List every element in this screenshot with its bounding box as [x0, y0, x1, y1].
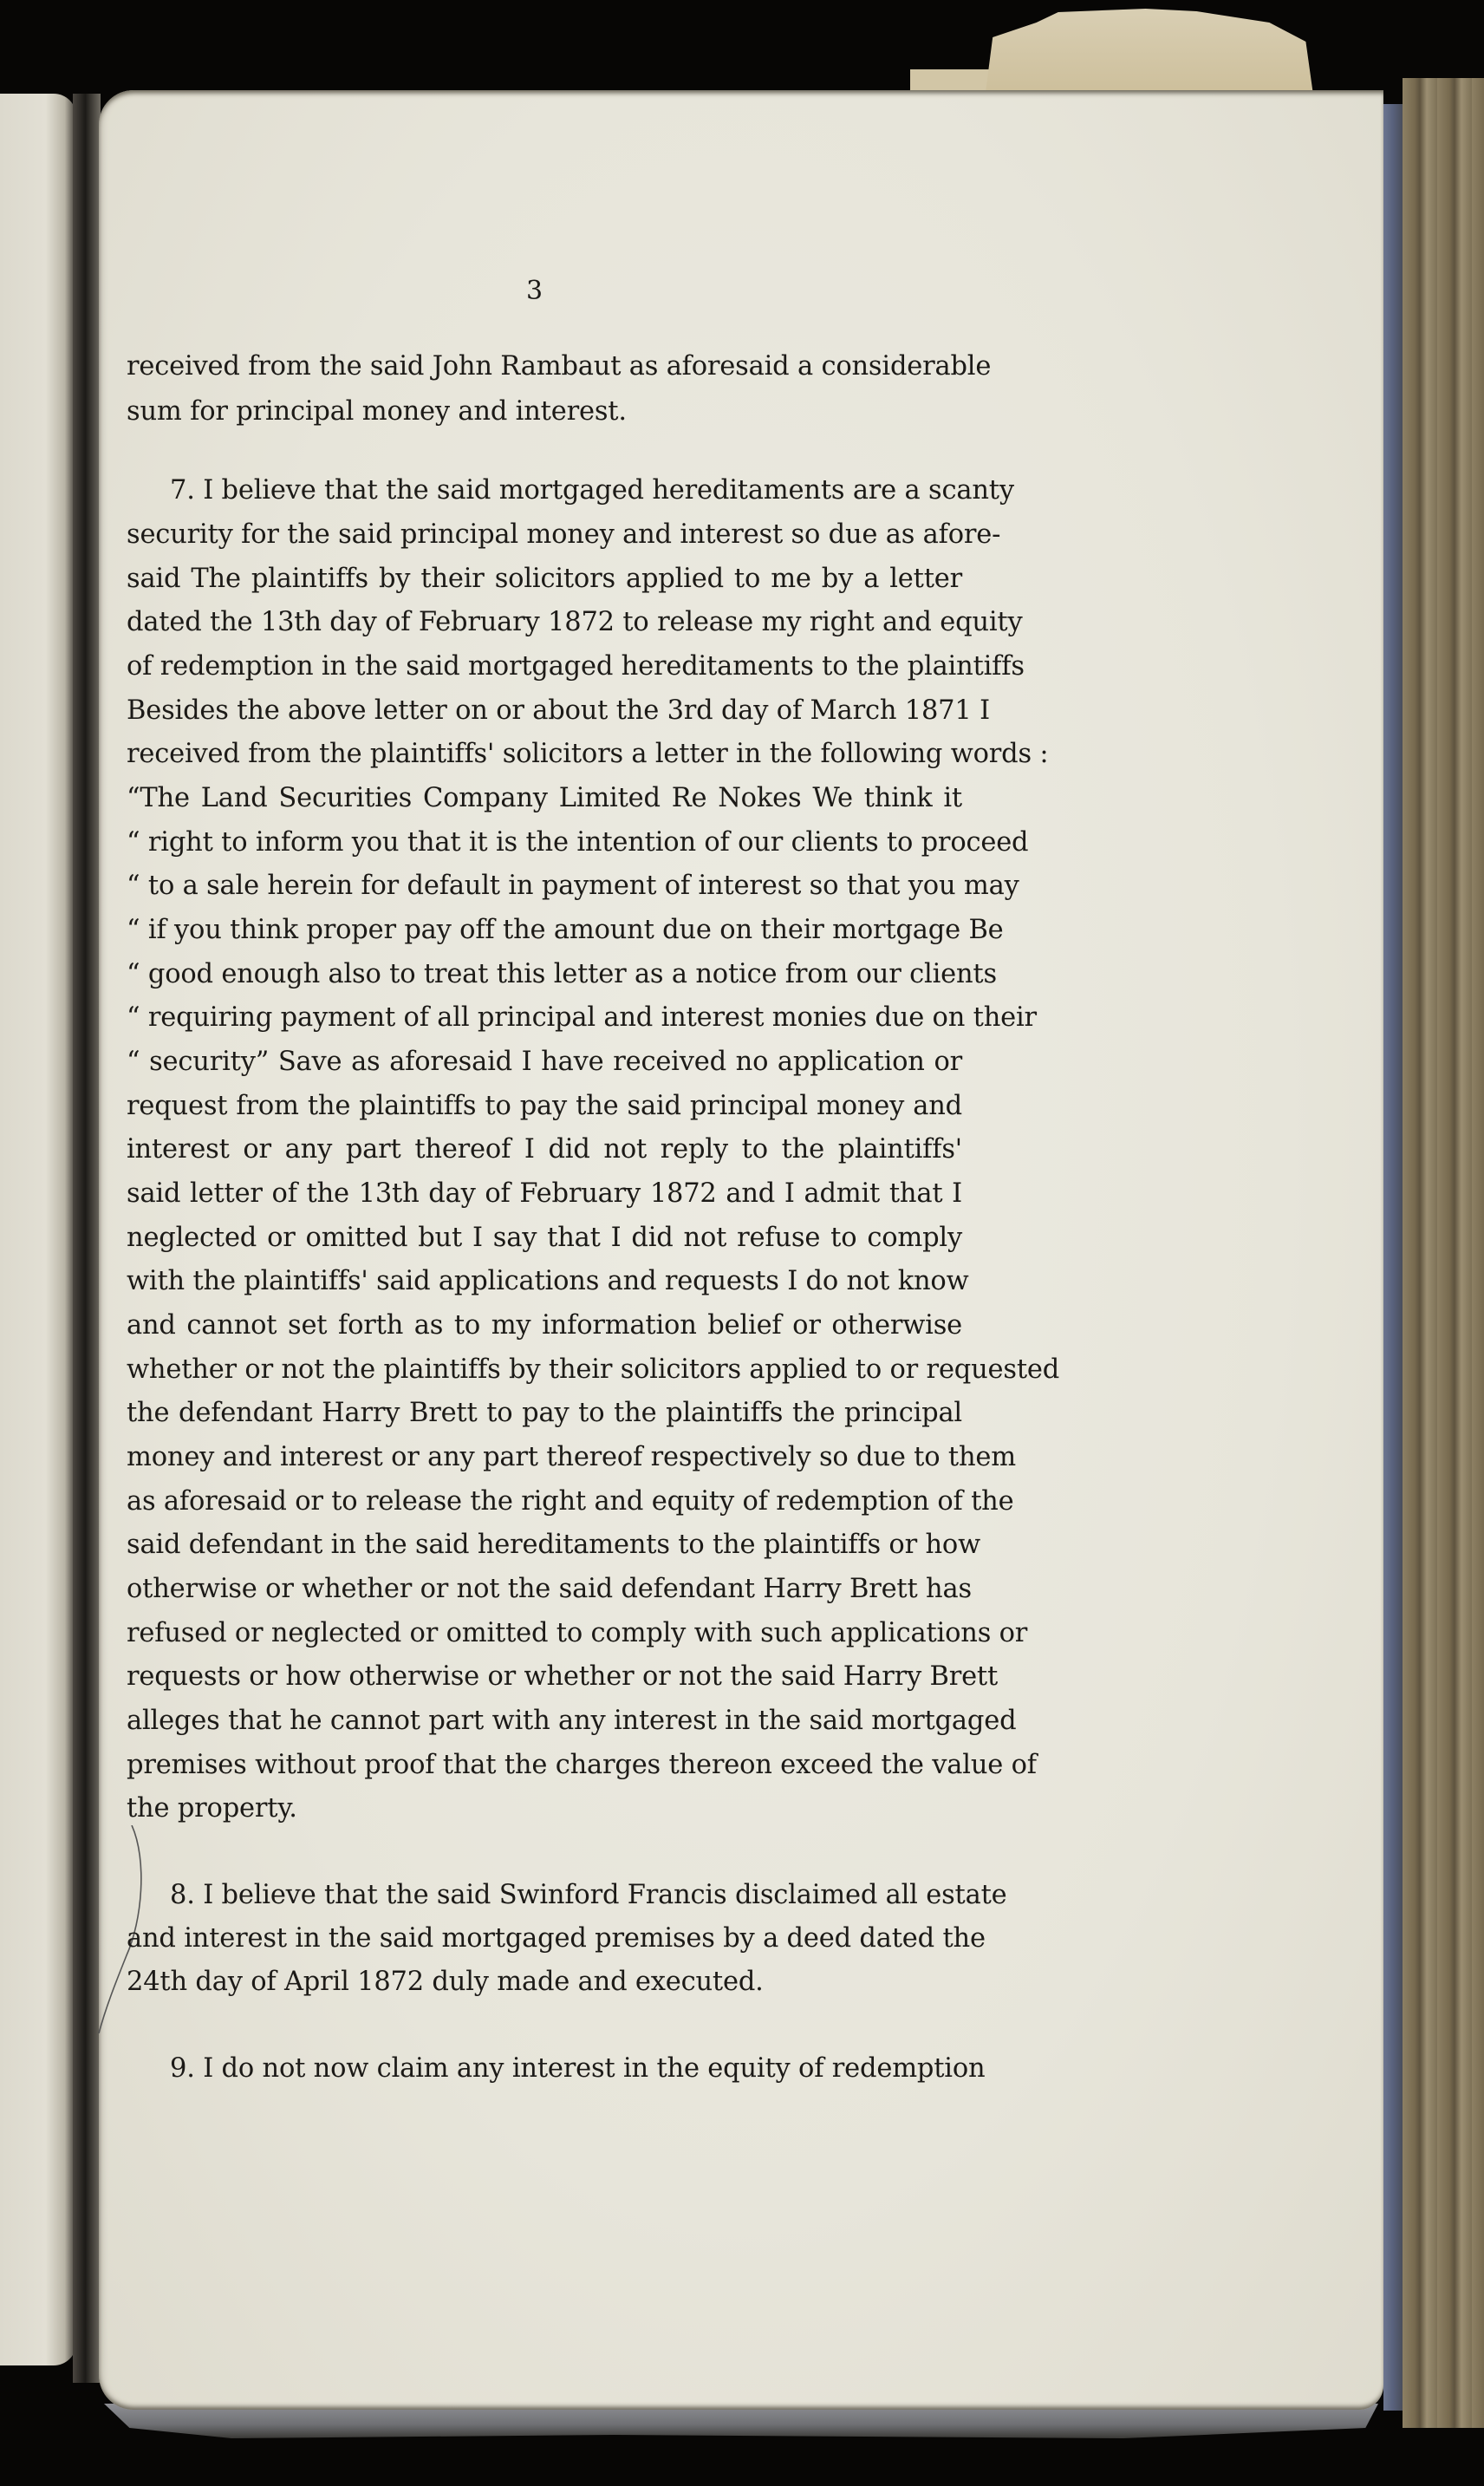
text-line: of redemption in the said mortgaged here…	[127, 649, 962, 684]
text-line: “ good enough also to treat this letter …	[127, 957, 962, 992]
text-line: the defendant Harry Brett to pay to the …	[127, 1396, 962, 1431]
text-line: request from the plaintiffs to pay the s…	[127, 1089, 962, 1124]
text-line: neglected or omitted but I say that I di…	[127, 1221, 962, 1256]
text-line: “ requiring payment of all principal and…	[127, 1001, 962, 1035]
text-line: “ right to inform you that it is the int…	[127, 825, 962, 860]
text-line: interest or any part thereof I did not r…	[127, 1132, 962, 1167]
text-line: “ security” Save as aforesaid I have rec…	[127, 1045, 962, 1080]
book-gutter	[73, 94, 101, 2383]
binding-edge-blue	[1383, 104, 1403, 2411]
text-line: the property.	[127, 1791, 962, 1826]
text-line: premises without proof that the charges …	[127, 1748, 962, 1783]
text-line: and interest in the said mortgaged premi…	[127, 1922, 962, 1956]
text-line: 8. I believe that the said Swinford Fran…	[170, 1878, 962, 1913]
text-line: security for the said principal money an…	[127, 518, 962, 552]
text-line: 24th day of April 1872 duly made and exe…	[127, 1965, 962, 2000]
page-number: 3	[526, 276, 543, 306]
text-line: otherwise or whether or not the said def…	[127, 1572, 962, 1607]
text-line: with the plaintiffs' said applications a…	[127, 1264, 962, 1299]
torn-paper-tab	[971, 7, 1335, 94]
text-line: sum for principal money and interest.	[127, 395, 962, 429]
text-line: “ to a sale herein for default in paymen…	[127, 869, 962, 904]
text-line: Besides the above letter on or about the…	[127, 694, 962, 728]
text-line: 7. I believe that the said mortgaged her…	[170, 473, 962, 508]
text-line: said defendant in the said hereditaments…	[127, 1528, 962, 1563]
text-line: “ if you think proper pay off the amount…	[127, 913, 962, 948]
text-line: alleges that he cannot part with any int…	[127, 1704, 962, 1739]
text-line: said The plaintiffs by their solicitors …	[127, 562, 962, 597]
text-line: as aforesaid or to release the right and…	[127, 1484, 962, 1519]
text-line: “The Land Securities Company Limited Re …	[127, 781, 962, 816]
text-line: money and interest or any part thereof r…	[127, 1440, 962, 1475]
text-line: received from the said John Rambaut as a…	[127, 349, 962, 384]
text-line: dated the 13th day of February 1872 to r…	[127, 605, 962, 640]
text-line: whether or not the plaintiffs by their s…	[127, 1353, 962, 1387]
text-line: and cannot set forth as to my informatio…	[127, 1308, 962, 1343]
text-line: requests or how otherwise or whether or …	[127, 1660, 962, 1694]
text-line: 9. I do not now claim any interest in th…	[170, 2052, 962, 2086]
book-fore-edge	[1403, 78, 1484, 2428]
text-line: refused or neglected or omitted to compl…	[127, 1616, 962, 1651]
text-line: said letter of the 13th day of February …	[127, 1177, 962, 1211]
text-line: received from the plaintiffs' solicitors…	[127, 737, 962, 772]
facing-page-edge	[0, 94, 76, 2365]
